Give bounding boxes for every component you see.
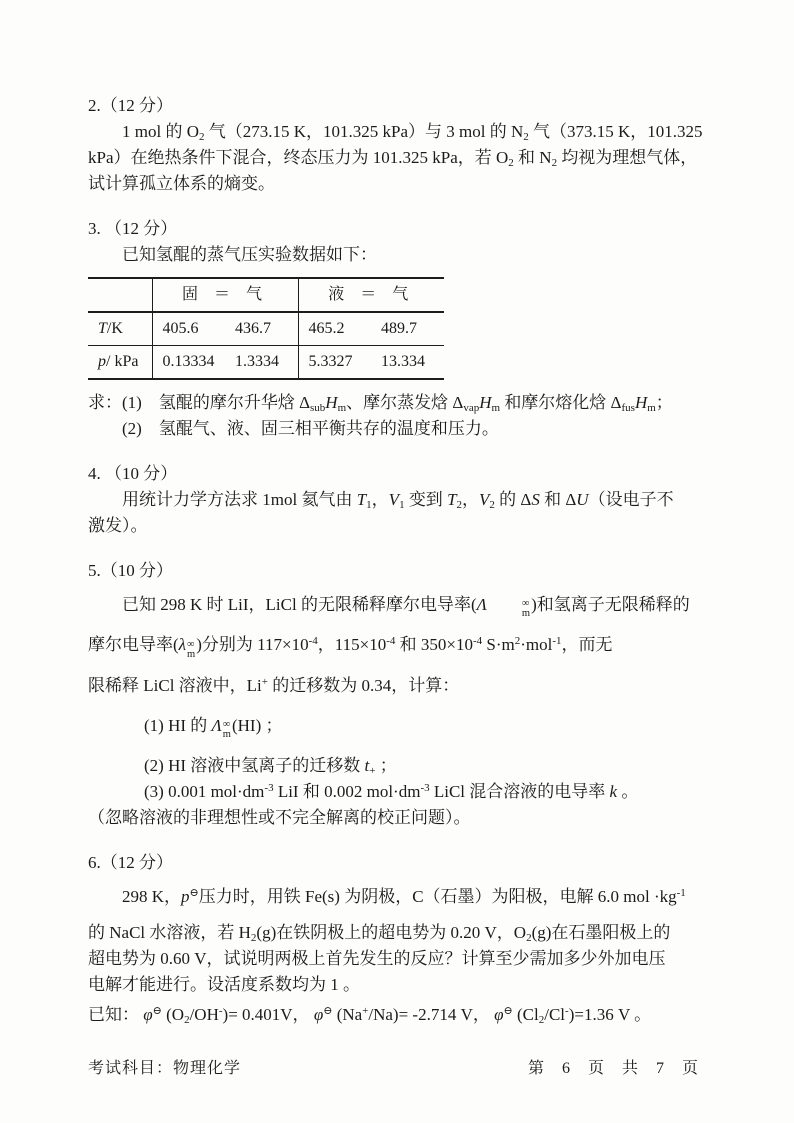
text-line: 4. （10 分） bbox=[88, 461, 712, 487]
text-line: 1 mol 的 O2 气（273.15 K，101.325 kPa）与 3 mo… bbox=[88, 119, 712, 145]
table-header-liquid-gas: 液 ＝ 气 bbox=[298, 278, 444, 312]
text-line: 超电势为 0.60 V，试说明两极上首先发生的反应？计算至少需加多少外加电压 bbox=[88, 946, 712, 972]
vapor-pressure-table: 固 ＝ 气 液 ＝ 气 T/K 405.6 436.7 465.2 489.7 … bbox=[88, 277, 444, 380]
text-line: 5.（10 分） bbox=[88, 558, 712, 584]
text-line: 2.（12 分） bbox=[88, 93, 712, 119]
table-cell: 405.6 bbox=[152, 312, 225, 346]
text-line: 298 K，p⊖压力时，用铁 Fe(s) 为阴极，C（石墨）为阳极，电解 6.0… bbox=[88, 884, 712, 910]
text-line: 6.（12 分） bbox=[88, 850, 712, 876]
table-header-solid-gas: 固 ＝ 气 bbox=[152, 278, 298, 312]
question-4: 4. （10 分）用统计力学方法求 1mol 氦气由 T1，V1 变到 T2，V… bbox=[88, 461, 712, 539]
question-3-tasks: 求：(1) 氢醌的摩尔升华焓 ΔsubHm、摩尔蒸发焓 ΔvapHm 和摩尔熔化… bbox=[88, 390, 712, 442]
question-6: 6.（12 分）298 K，p⊖压力时，用铁 Fe(s) 为阴极，C（石墨）为阳… bbox=[88, 850, 712, 1028]
text-line: （忽略溶液的非理想性或不完全解离的校正问题）。 bbox=[88, 805, 712, 831]
row-label-temperature: T/K bbox=[88, 312, 152, 346]
text-line: 已知： φ⊖ (O2/OH-)= 0.401V， φ⊖ (Na+/Na)= -2… bbox=[88, 1002, 712, 1028]
text-line: 的 NaCl 水溶液，若 H2(g)在铁阴极上的超电势为 0.20 V，O2(g… bbox=[88, 920, 712, 946]
text-line: 用统计力学方法求 1mol 氦气由 T1，V1 变到 T2，V2 的 ΔS 和 … bbox=[88, 487, 712, 513]
exam-content: 2.（12 分）1 mol 的 O2 气（273.15 K，101.325 kP… bbox=[88, 93, 712, 1047]
exam-page: 2.（12 分）1 mol 的 O2 气（273.15 K，101.325 kP… bbox=[0, 0, 794, 1123]
table-row-temperature: T/K 405.6 436.7 465.2 489.7 bbox=[88, 312, 444, 346]
row-label-pressure: p/ kPa bbox=[88, 346, 152, 380]
table-cell: 1.3334 bbox=[225, 346, 298, 380]
table-corner-cell bbox=[88, 278, 152, 312]
text-line: (2) HI 溶液中氢离子的迁移数 t+ ； bbox=[88, 753, 712, 779]
table-cell: 0.13334 bbox=[152, 346, 225, 380]
question-2: 2.（12 分）1 mol 的 O2 气（273.15 K，101.325 kP… bbox=[88, 93, 712, 197]
table-cell: 489.7 bbox=[371, 312, 444, 346]
text-line: (2) 氢醌气、液、固三相平衡共存的温度和压力。 bbox=[88, 416, 712, 442]
footer-subject: 考试科目：物理化学 bbox=[88, 1055, 241, 1078]
question-5: 5.（10 分）已知 298 K 时 LiI，LiCl 的无限稀释摩尔电导率(Λ… bbox=[88, 558, 712, 831]
text-line: 已知 298 K 时 LiI，LiCl 的无限稀释摩尔电导率(Λ∞m)和氢离子无… bbox=[88, 592, 712, 618]
table-cell: 465.2 bbox=[298, 312, 371, 346]
text-line: 激发）。 bbox=[88, 513, 712, 539]
footer-page-number: 第 6 页 共 7 页 bbox=[528, 1055, 705, 1078]
question-3: 3. （12 分）已知氢醌的蒸气压实验数据如下： 固 ＝ 气 液 ＝ 气 T/K… bbox=[88, 216, 712, 442]
text-line: (1) HI 的 Λ∞m(HI) ； bbox=[88, 713, 712, 739]
table-header-row: 固 ＝ 气 液 ＝ 气 bbox=[88, 278, 444, 312]
text-line: 试计算孤立体系的熵变。 bbox=[88, 171, 712, 197]
text-line: 摩尔电导率(λ∞m)分别为 117×10-4，115×10-4 和 350×10… bbox=[88, 632, 712, 658]
text-line: kPa）在绝热条件下混合，终态压力为 101.325 kPa，若 O2 和 N2… bbox=[88, 145, 712, 171]
table-cell: 13.334 bbox=[371, 346, 444, 380]
text-line: 已知氢醌的蒸气压实验数据如下： bbox=[88, 242, 712, 268]
question-3-intro: 3. （12 分）已知氢醌的蒸气压实验数据如下： bbox=[88, 216, 712, 268]
table-cell: 5.3327 bbox=[298, 346, 371, 380]
text-line: 限稀释 LiCl 溶液中，Li+ 的迁移数为 0.34，计算： bbox=[88, 673, 712, 699]
table-cell: 436.7 bbox=[225, 312, 298, 346]
table-row-pressure: p/ kPa 0.13334 1.3334 5.3327 13.334 bbox=[88, 346, 444, 380]
text-line: 3. （12 分） bbox=[88, 216, 712, 242]
text-line: 电解才能进行。设活度系数均为 1 。 bbox=[88, 972, 712, 998]
text-line: (3) 0.001 mol·dm-3 LiI 和 0.002 mol·dm-3 … bbox=[88, 779, 712, 805]
text-line: 求：(1) 氢醌的摩尔升华焓 ΔsubHm、摩尔蒸发焓 ΔvapHm 和摩尔熔化… bbox=[88, 390, 712, 416]
